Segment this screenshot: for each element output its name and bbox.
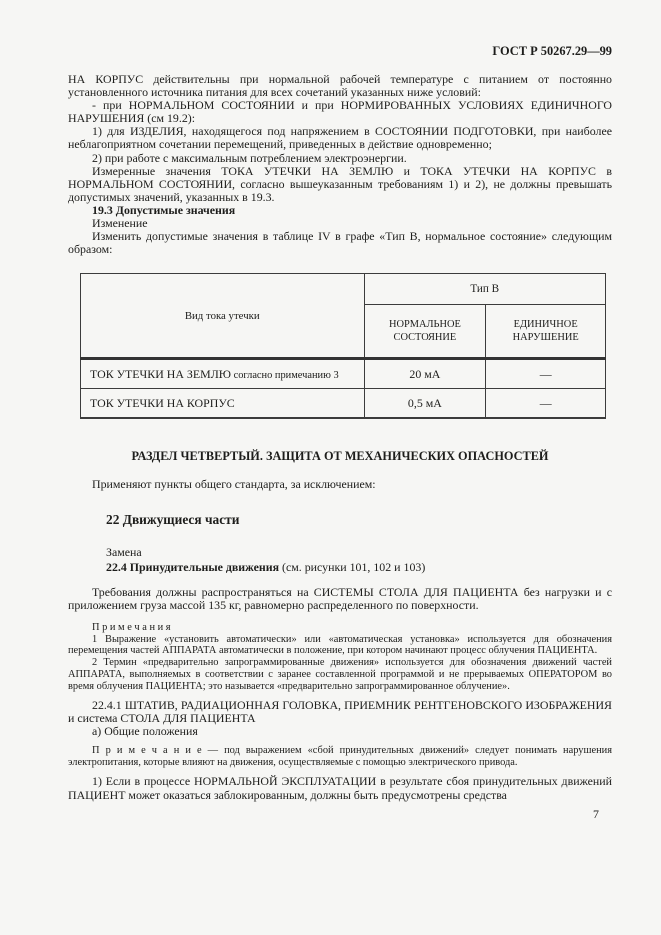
clause-22-4-heading: 22.4 Принудительные движения (см. рисунк… <box>68 561 612 574</box>
note-1: 1 Выражение «установить автоматически» и… <box>68 634 612 658</box>
row-label-enclosure-leakage: ТОК УТЕЧКИ НА КОРПУС <box>81 389 365 419</box>
document-page: ГОСТ Р 50267.29—99 НА КОРПУС действитель… <box>0 0 661 935</box>
table-header-row-group: Вид тока утечки Тип В <box>81 274 606 305</box>
clause-19-3-heading: 19.3 Допустимые значения <box>68 204 612 217</box>
clause-22-4-1-heading: 22.4.1 ШТАТИВ, РАДИАЦИОННАЯ ГОЛОВКА, ПРИ… <box>68 699 612 725</box>
value-single-fault: — <box>486 389 606 419</box>
row-label-earth-leakage: ТОК УТЕЧКИ НА ЗЕМЛЮ согласно примечанию … <box>81 359 365 389</box>
column-header-single-fault: ЕДИНИЧНОЕ НАРУШЕНИЕ <box>486 305 606 359</box>
leakage-current-table: Вид тока утечки Тип В НОРМАЛЬНОЕ СОСТОЯН… <box>80 273 606 419</box>
paragraph-apply: Применяют пункты общего стандарта, за ис… <box>68 478 612 491</box>
paragraph-requirements: Требования должны распространяться на СИ… <box>68 586 612 612</box>
value-single-fault: — <box>486 359 606 389</box>
document-header-code: ГОСТ Р 50267.29—99 <box>68 44 612 58</box>
page-number: 7 <box>68 807 612 822</box>
table-row: ТОК УТЕЧКИ НА КОРПУС 0,5 мА — <box>81 389 606 419</box>
section-four-title: РАЗДЕЛ ЧЕТВЕРТЫЙ. ЗАЩИТА ОТ МЕХАНИЧЕСКИХ… <box>68 449 612 463</box>
paragraph-final: 1) Если в процессе НОРМАЛЬНОЙ ЭКСПЛУАТАЦ… <box>68 775 612 801</box>
paragraph-normal-state: - при НОРМАЛЬНОМ СОСТОЯНИИ и при НОРМИРО… <box>68 99 612 125</box>
clause-22-heading: 22 Движущиеся части <box>68 512 612 527</box>
column-header-leakage-type: Вид тока утечки <box>81 274 365 359</box>
clause-22-4-number-title: 22.4 Принудительные движения <box>106 560 279 574</box>
item-a-general: а) Общие положения <box>68 725 612 738</box>
leakage-current-table-wrapper: Вид тока утечки Тип В НОРМАЛЬНОЕ СОСТОЯН… <box>80 273 606 419</box>
value-normal-state: 20 мА <box>364 359 486 389</box>
column-group-header-type-b: Тип В <box>364 274 606 305</box>
paragraph-item-1: 1) для ИЗДЕЛИЯ, находящегося под напряже… <box>68 125 612 151</box>
note-2: 2 Термин «предварительно запрограммирова… <box>68 657 612 692</box>
clause-19-block: НА КОРПУС действительны при нормальной р… <box>68 73 612 256</box>
clause-22-4-figures-ref: (см. рисунки 101, 102 и 103) <box>279 560 425 574</box>
column-header-normal-state: НОРМАЛЬНОЕ СОСТОЯНИЕ <box>364 305 486 359</box>
value-normal-state: 0,5 мА <box>364 389 486 419</box>
table-row: ТОК УТЕЧКИ НА ЗЕМЛЮ согласно примечанию … <box>81 359 606 389</box>
paragraph-zamena: Замена <box>68 546 612 559</box>
paragraph-continued: НА КОРПУС действительны при нормальной р… <box>68 73 612 99</box>
notes-label: П р и м е ч а н и я <box>68 622 612 634</box>
note-label: П р и м е ч а н и е <box>92 745 202 756</box>
paragraph-table-intro: Изменить допустимые значения в таблице I… <box>68 230 612 256</box>
row-label-text: ТОК УТЕЧКИ НА КОРПУС <box>90 396 235 410</box>
paragraph-item-2: 2) при работе с максимальным потребление… <box>68 152 612 165</box>
row-label-note: согласно примечанию 3 <box>231 370 339 381</box>
row-label-text: ТОК УТЕЧКИ НА ЗЕМЛЮ <box>90 367 231 381</box>
paragraph-measured-values: Измеренные значения ТОКА УТЕЧКИ НА ЗЕМЛЮ… <box>68 165 612 204</box>
note-single: П р и м е ч а н и е — под выражением «сб… <box>68 745 612 769</box>
